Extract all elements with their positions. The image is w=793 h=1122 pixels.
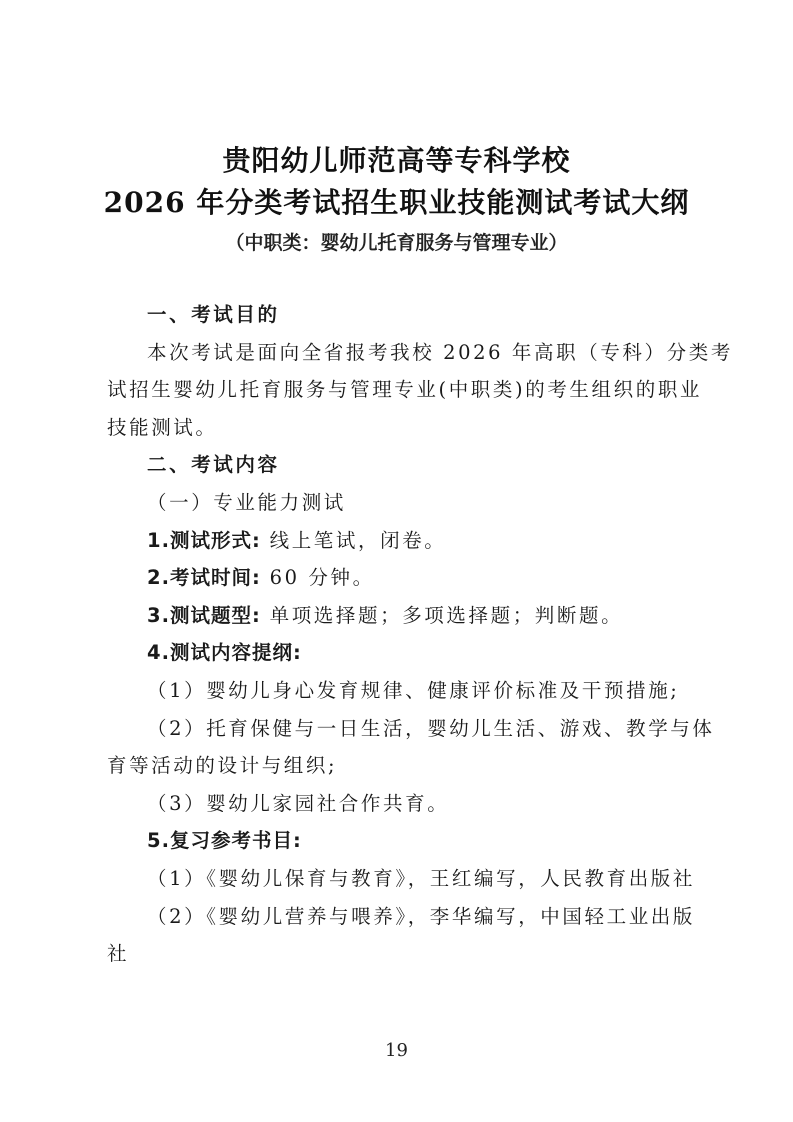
outline-item-1: （1）婴幼儿身心发育规律、健康评价标准及干预措施; [107,672,697,710]
book-2: （2）《婴幼儿营养与喂养》，李华编写，中国轻工业出版 [107,898,697,936]
page-number: 19 [0,1040,793,1061]
item-text: 60 分钟。 [270,566,375,589]
document-body: 一、考试目的 本次考试是面向全省报考我校 2026 年高职（专科）分类考 试招生… [107,296,697,973]
item-test-format: 1.测试形式: 线上笔试，闭卷。 [107,522,697,560]
outline-item-2: （2）托育保健与一日生活，婴幼儿生活、游戏、教学与体 [107,710,697,748]
item-label: 3.测试题型: [147,604,261,627]
book-1: （1）《婴幼儿保育与教育》，王红编写，人民教育出版社 [107,860,697,898]
title-block: 贵阳幼儿师范高等专科学校 2026 年分类考试招生职业技能测试考试大纲 （中职类… [0,140,793,260]
item-text: 线上笔试，闭卷。 [270,529,447,552]
item-label: 1.测试形式: [147,529,261,552]
item-question-types: 3.测试题型: 单项选择题；多项选择题；判断题。 [107,597,697,635]
item-label: 4.测试内容提纲: [147,641,302,664]
books-heading: 5.复习参考书目: [107,822,697,860]
books-label: 5.复习参考书目: [147,829,302,852]
section2-subheading: （一）专业能力测试 [107,484,697,522]
section1-para-line3: 技能测试。 [107,409,697,447]
section1-para-line2: 试招生婴幼儿托育服务与管理专业(中职类)的考生组织的职业 [107,371,697,409]
outline-item-2-cont: 育等活动的设计与组织; [107,747,697,785]
document-title-line1: 贵阳幼儿师范高等专科学校 [0,140,793,182]
item-content-outline: 4.测试内容提纲: [107,634,697,672]
section2-heading: 二、考试内容 [107,446,697,484]
item-text: 单项选择题；多项选择题；判断题。 [270,604,624,627]
item-test-time: 2.考试时间: 60 分钟。 [107,559,697,597]
outline-item-3: （3）婴幼儿家园社合作共育。 [107,785,697,823]
item-label: 2.考试时间: [147,566,261,589]
section1-heading: 一、考试目的 [107,296,697,334]
document-subtitle: （中职类：婴幼儿托育服务与管理专业） [0,226,793,260]
book-2-cont: 社 [107,935,697,973]
section1-para-line1: 本次考试是面向全省报考我校 2026 年高职（专科）分类考 [107,334,697,372]
document-title-line2: 2026 年分类考试招生职业技能测试考试大纲 [0,182,793,224]
